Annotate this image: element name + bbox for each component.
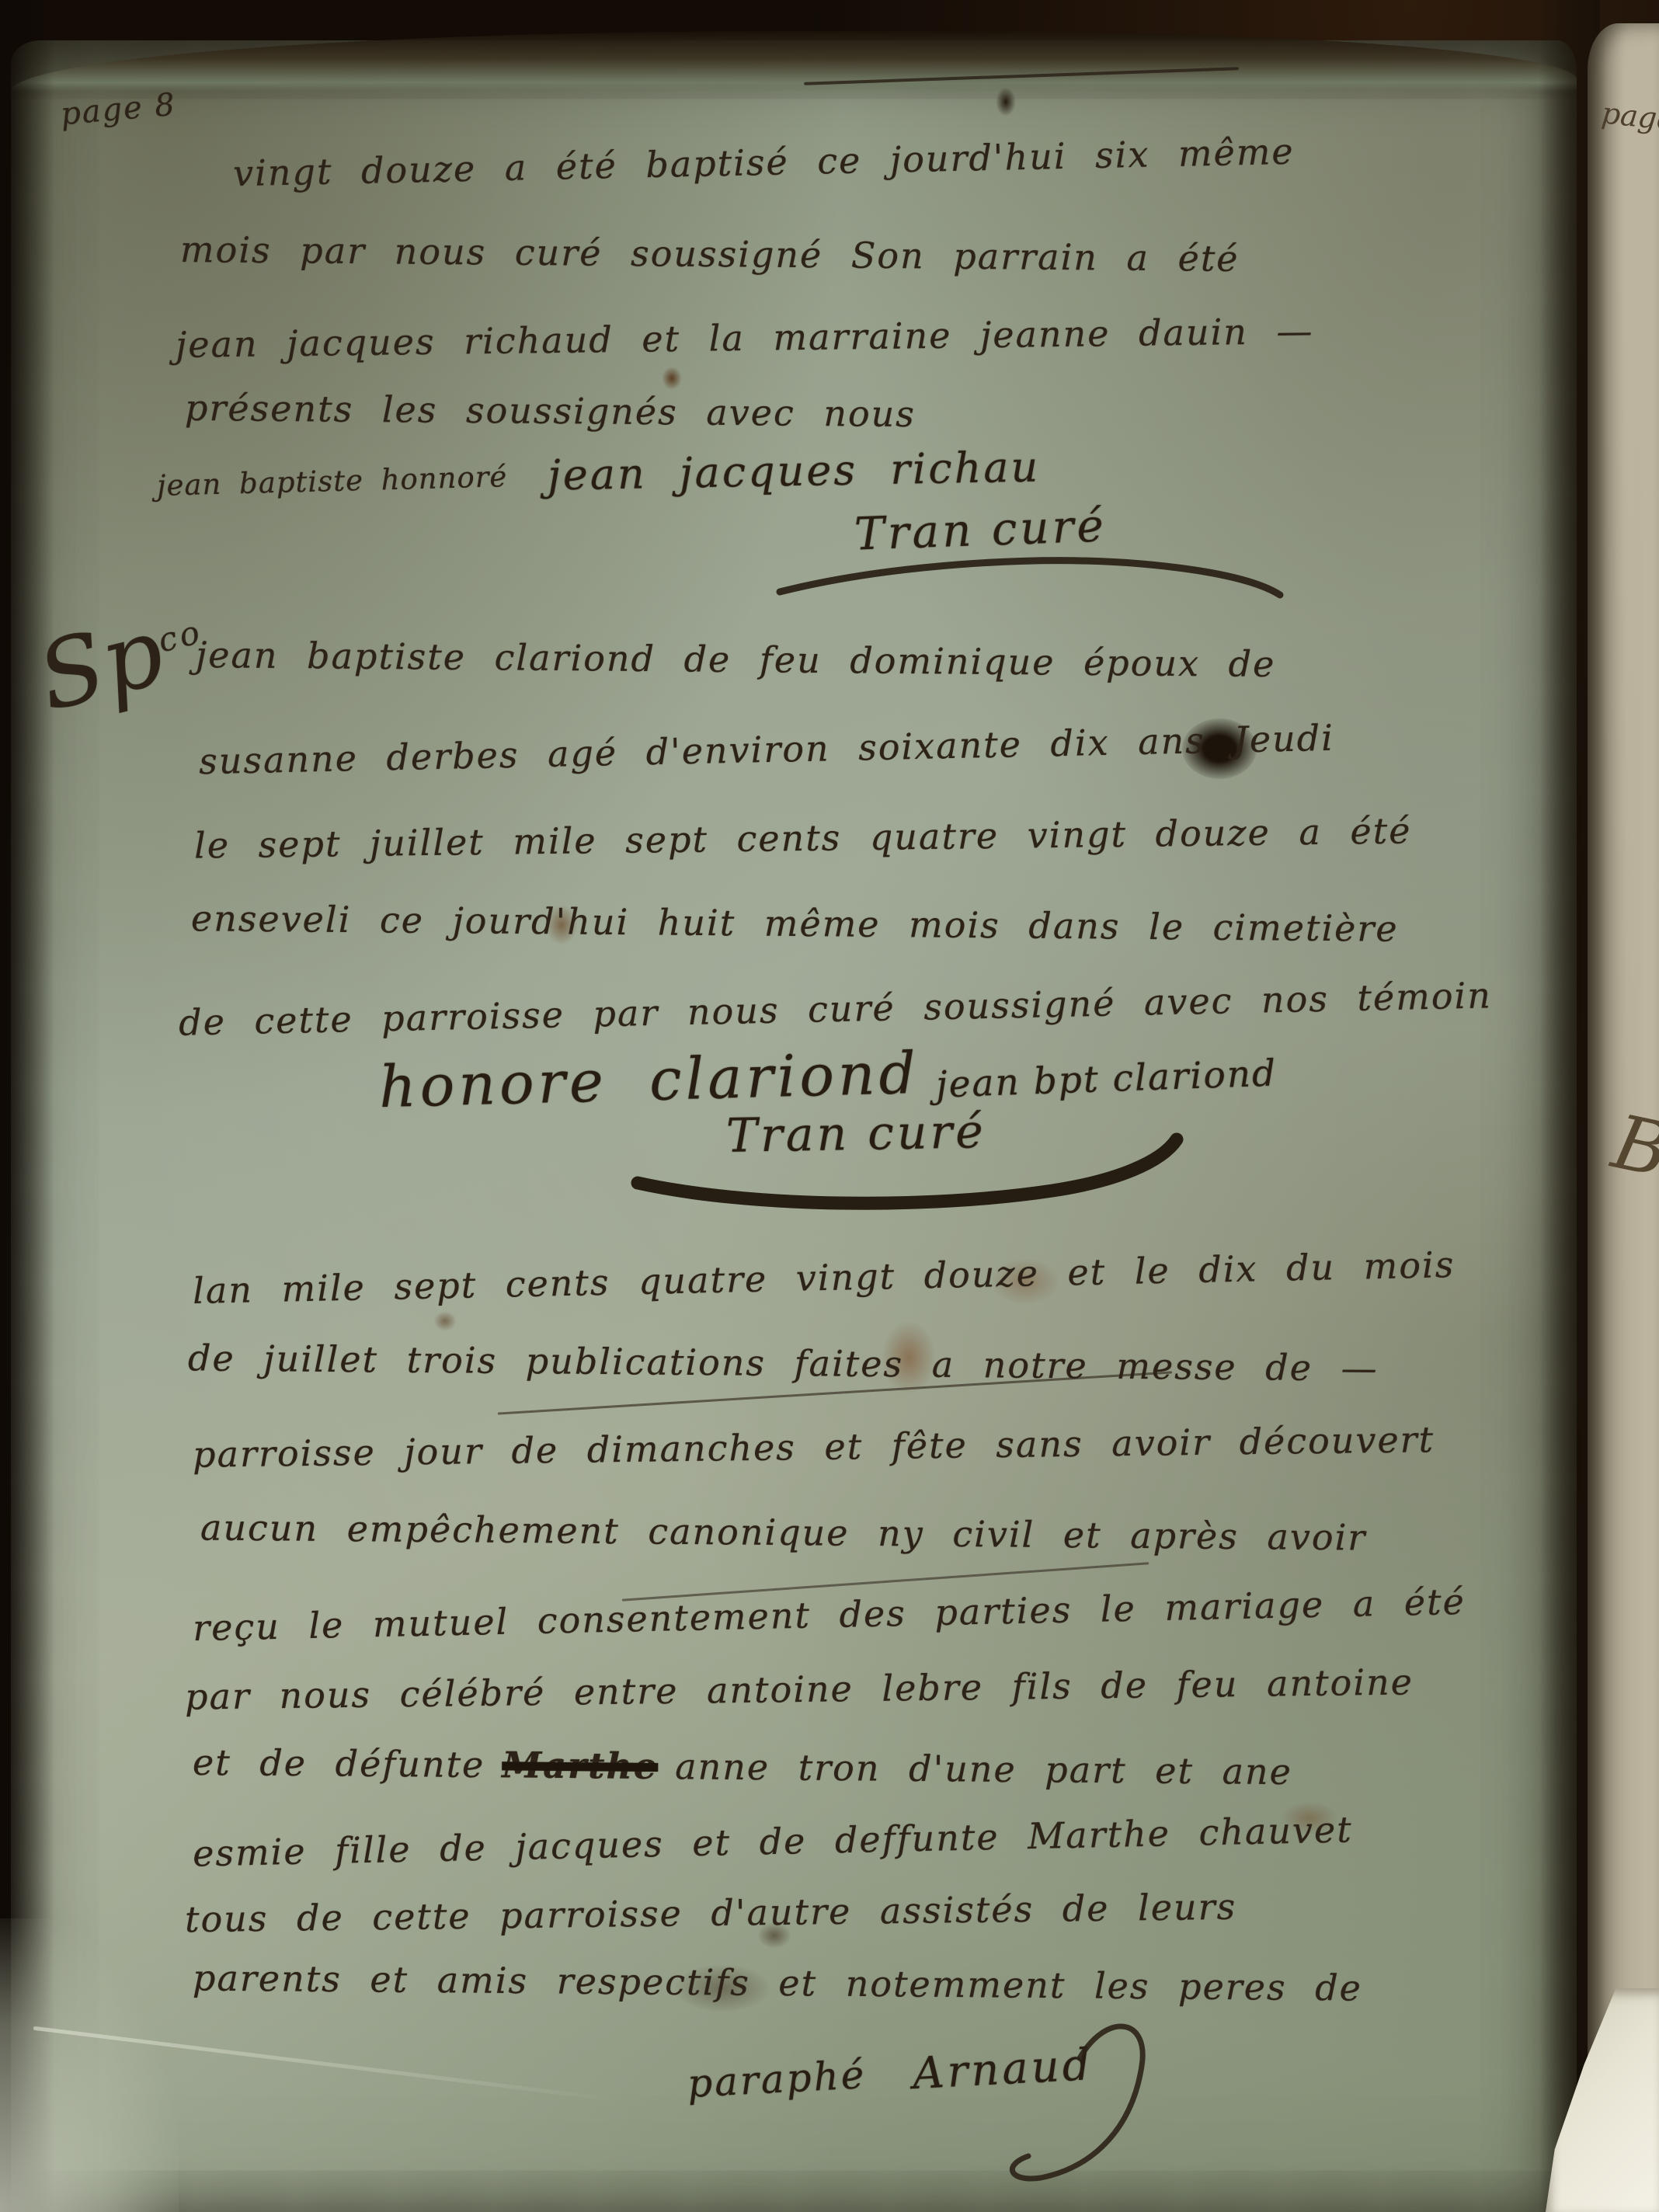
struck-word: Marthe bbox=[502, 1744, 658, 1787]
under-page-corner bbox=[0, 1918, 179, 2212]
strike-after: anne tron d'une part et ane bbox=[675, 1745, 1292, 1793]
manuscript-line: présents les soussignés avec nous bbox=[185, 387, 916, 435]
signature-flourish bbox=[777, 544, 1289, 614]
signature-flourish bbox=[633, 1130, 1192, 1216]
paraph-flourish bbox=[1033, 2004, 1235, 2198]
ink-stain bbox=[996, 87, 1016, 117]
book-left-shadow bbox=[0, 0, 54, 2212]
rust-stain bbox=[433, 1311, 457, 1331]
strike-before: et de défunte bbox=[193, 1741, 485, 1786]
rust-stain bbox=[662, 367, 682, 390]
paraph-label: paraphé bbox=[687, 2052, 868, 2106]
witness-signature: jean jacques richau bbox=[547, 442, 1040, 499]
